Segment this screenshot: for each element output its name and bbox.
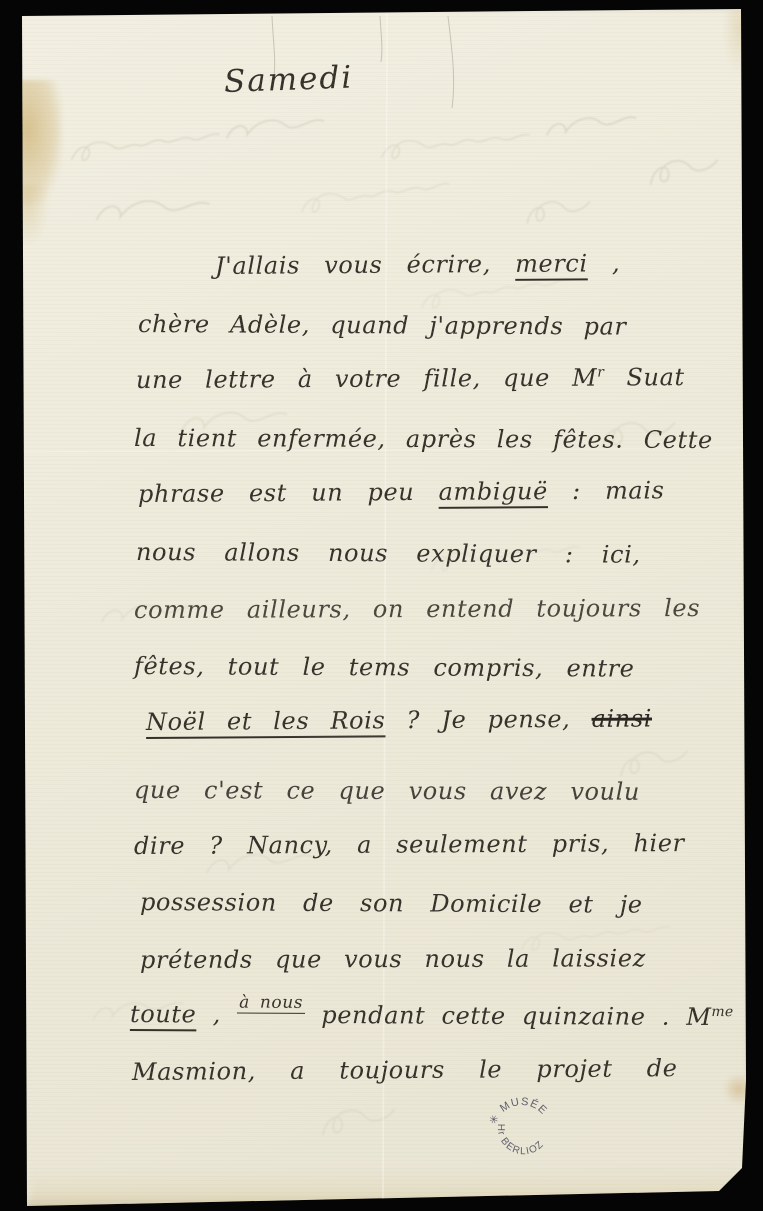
text-run: phrase est un peu: [138, 478, 439, 508]
letter-line: dire ? Nancy, a seulement pris, hier: [134, 829, 685, 860]
scanned-letter-page: Samedi J'allais vous écrire, merci ,chèr…: [0, 0, 763, 1211]
stain: [724, 8, 746, 72]
letter-paper-sheet: Samedi J'allais vous écrire, merci ,chèr…: [0, 0, 763, 1211]
letter-line: toute , à nous pendant cette quinzaine .…: [130, 1000, 734, 1031]
crossed-out-word: ainsi: [591, 704, 652, 732]
text-run: prétends que vous nous la laissiez: [140, 944, 646, 974]
inserted-word: à nous: [237, 993, 305, 1014]
letter-line: J'allais vous écrire, merci ,: [215, 249, 620, 280]
letter-line: chère Adèle, quand j'apprends par: [138, 310, 627, 341]
letter-line: la tient enfermée, après les fêtes. Cett…: [134, 424, 713, 454]
text-run: Suat: [604, 363, 685, 391]
letter-line: Noël et les Rois ? Je pense, ainsi: [146, 704, 652, 736]
text-run: fêtes, tout le tems compris, entre: [134, 652, 635, 683]
text-run: pendant cette quinzaine . M: [305, 1001, 711, 1031]
letter-line: phrase est un peu ambiguë : mais: [138, 476, 665, 508]
text-run: : mais: [548, 476, 665, 505]
underlined-word: toute: [130, 1000, 197, 1028]
text-run: ,: [196, 1000, 237, 1028]
text-run: J'allais vous écrire,: [215, 250, 515, 280]
text-run: chère Adèle, quand j'apprends par: [138, 310, 627, 341]
text-run: dire ? Nancy, a seulement pris, hier: [134, 829, 685, 860]
text-run: possession de son Domicile et je: [140, 888, 643, 919]
letter-heading: Samedi: [223, 60, 353, 100]
text-run: ,: [588, 249, 621, 277]
underlined-word: Noël et les Rois: [146, 706, 386, 736]
text-run: comme ailleurs, on entend toujours les: [134, 594, 700, 624]
underlined-word: ambiguë: [438, 477, 548, 506]
text-run: la tient enfermée, après les fêtes. Cett…: [134, 424, 713, 454]
text-run: me: [711, 1004, 733, 1020]
text-run: que c'est ce que vous avez voulu: [134, 776, 640, 806]
letter-line: comme ailleurs, on entend toujours les: [134, 594, 700, 624]
berlioz-museum-stamp: ✳ MUSÉE Hr BERLIOZ: [472, 1077, 574, 1179]
text-run: Masmion, a toujours le projet de: [132, 1054, 678, 1086]
letter-line: que c'est ce que vous avez voulu: [134, 776, 640, 806]
stain: [16, 80, 62, 204]
stain: [722, 1074, 750, 1104]
text-run: ? Je pense,: [385, 705, 591, 734]
letter-line: prétends que vous nous la laissiez: [140, 944, 646, 974]
letter-line: Masmion, a toujours le projet de: [132, 1054, 678, 1086]
text-run: une lettre à votre fille, que M: [136, 364, 597, 394]
letter-line: une lettre à votre fille, que Mr Suat: [136, 363, 685, 394]
letter-line: nous allons nous expliquer : ici,: [136, 538, 641, 569]
text-run: nous allons nous expliquer : ici,: [136, 538, 641, 569]
letter-line: fêtes, tout le tems compris, entre: [134, 652, 635, 683]
stamp-bottom-text: Hr BERLIOZ: [489, 1121, 550, 1163]
stain: [18, 185, 48, 245]
stain: [30, 1168, 736, 1206]
underlined-word: merci: [515, 249, 588, 278]
svg-text:Hr BERLIOZ: Hr BERLIOZ: [489, 1121, 550, 1163]
letter-line: possession de son Domicile et je: [140, 888, 643, 919]
